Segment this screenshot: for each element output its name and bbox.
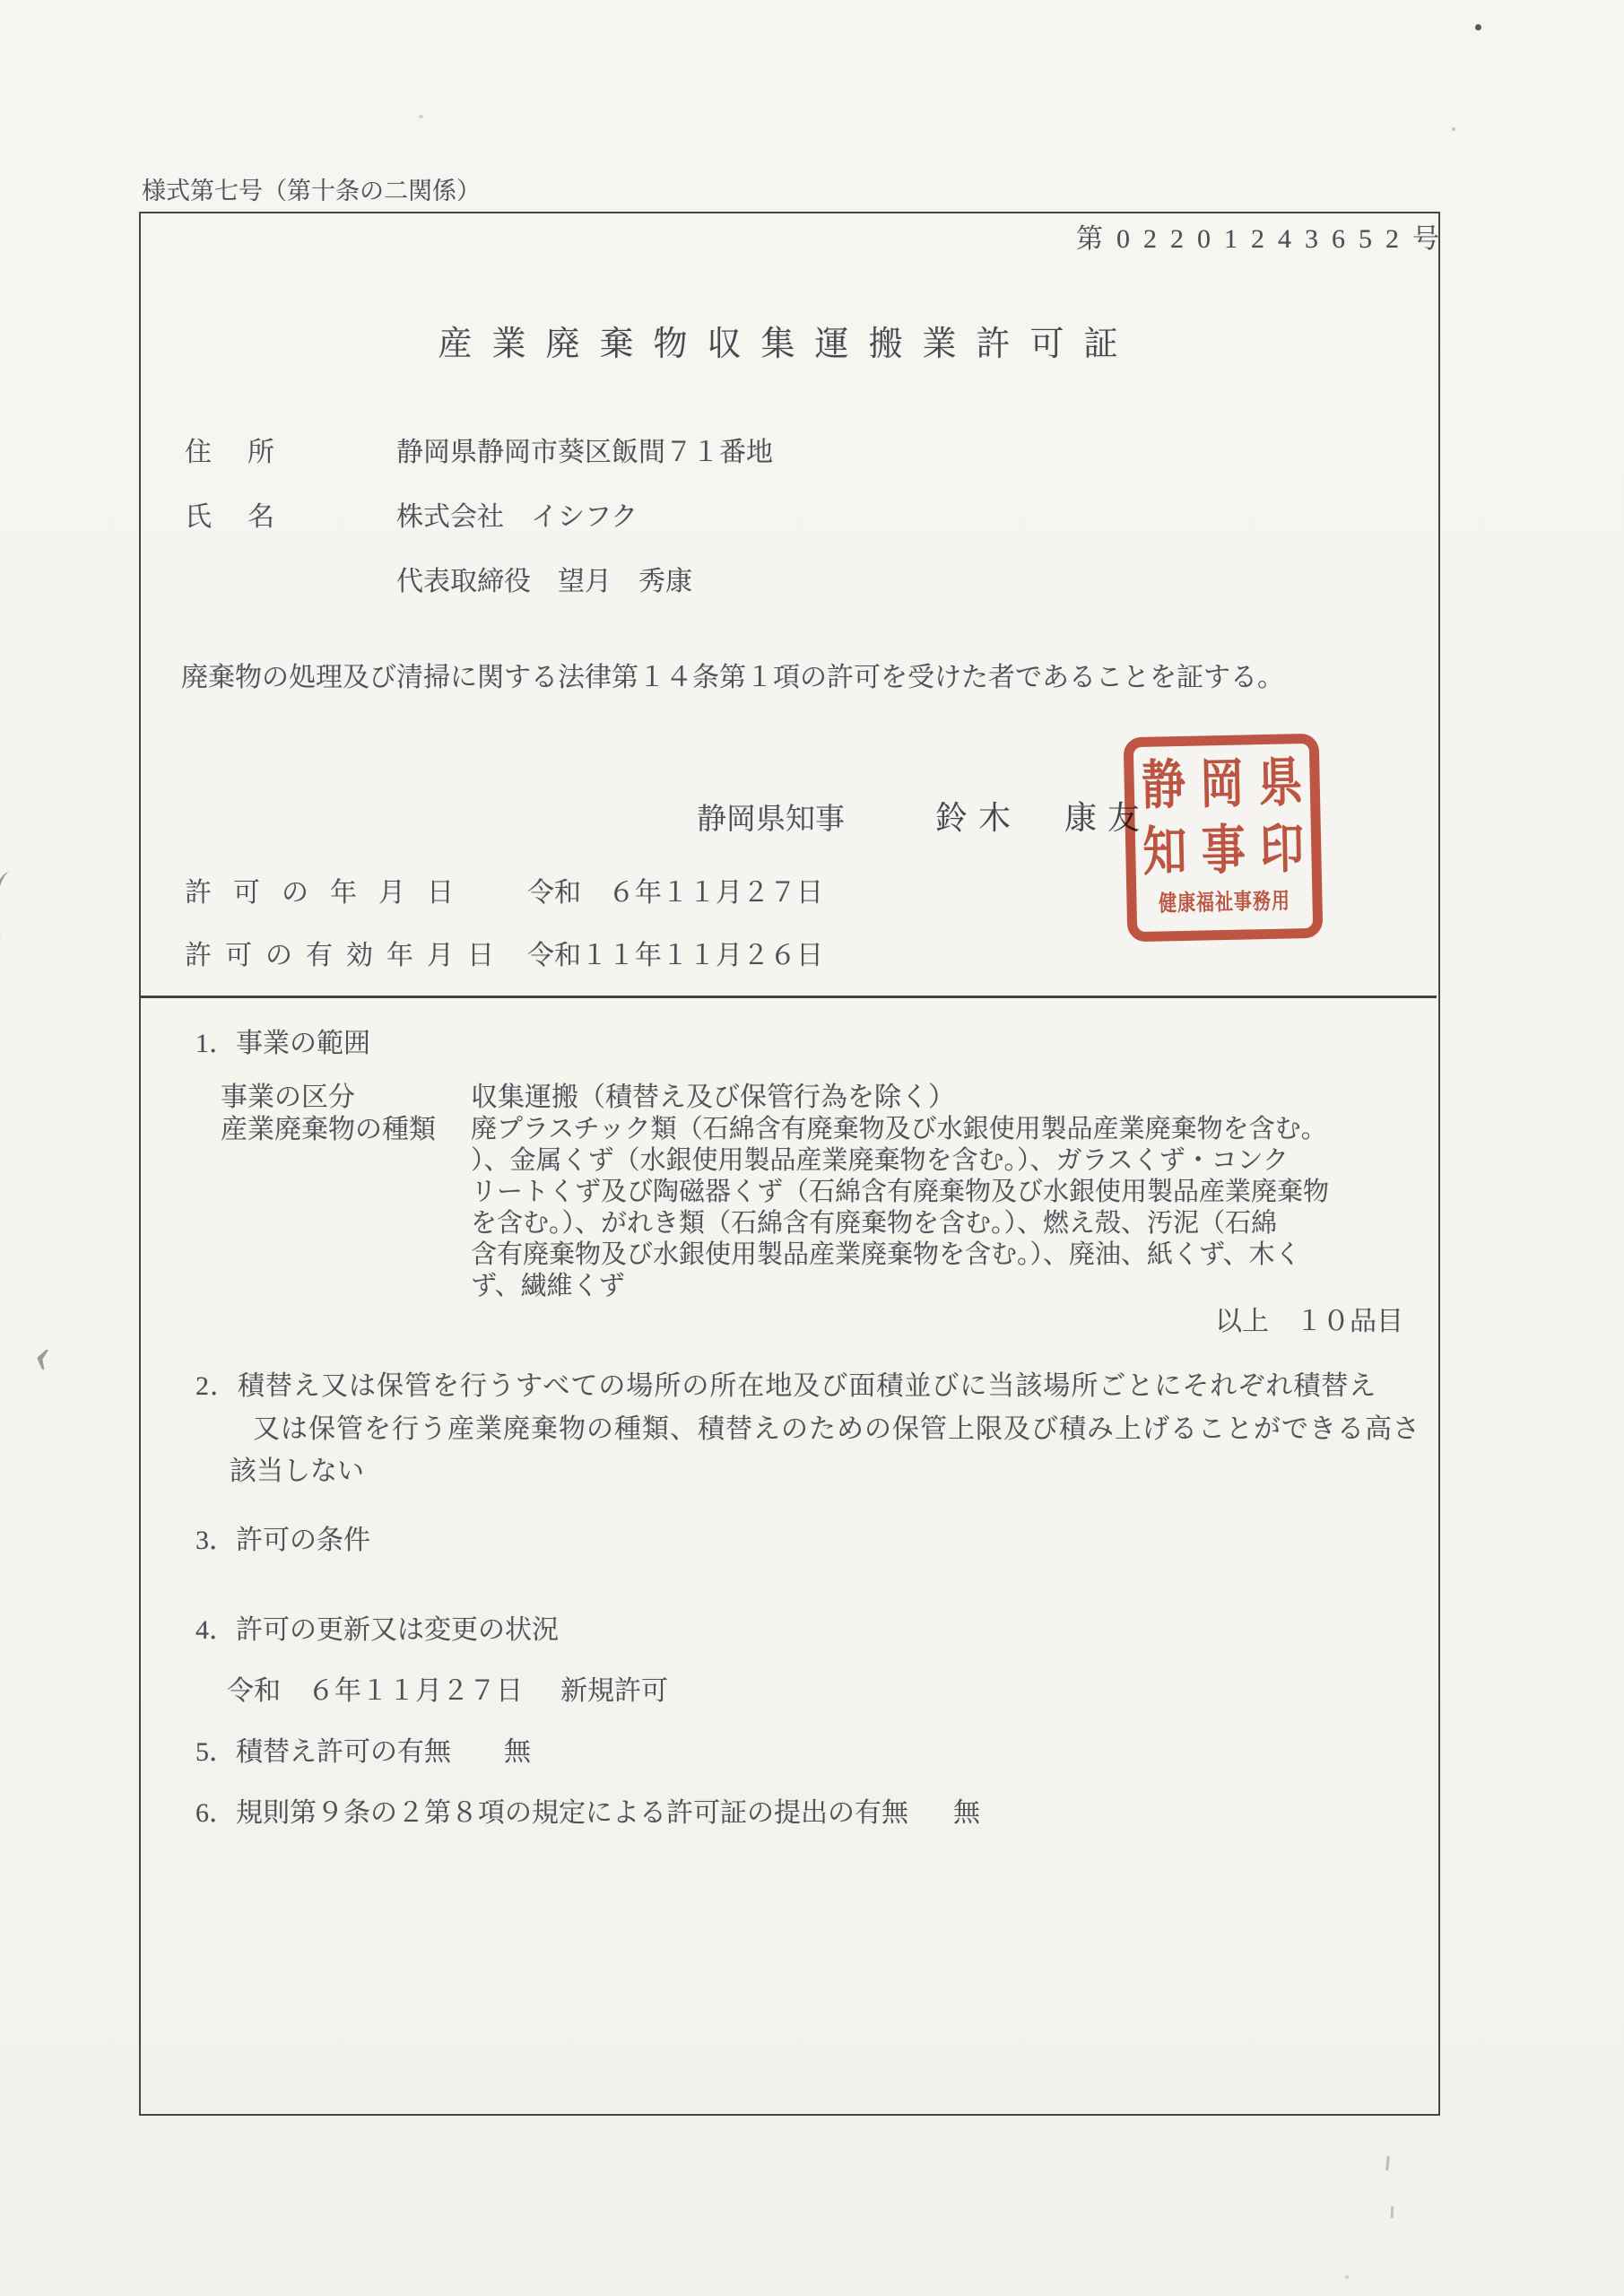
section1-heading: 1．事業の範囲 [195,1028,370,1059]
scan-tick [1385,2156,1390,2170]
governor-seal-stamp: 静 岡 県 知 事 印 健康福祉事務用 [1124,734,1324,943]
scanned-permit-document: 様式第七号（第十条の二関係） 第02201243652号 産業廃棄物収集運搬業許… [0,0,1624,2296]
scan-speck [1475,24,1481,30]
section2-line2: 又は保管を行う産業廃棄物の種類、積替えのための保管上限及び積み上げることができる… [253,1413,1420,1445]
section-divider-line [141,996,1437,998]
waste-types-line: リートくず及び陶磁器くず（石綿含有廃棄物及び水銀使用製品産業廃棄物 [471,1177,1329,1208]
waste-types-line: 廃プラスチック類（石綿含有廃棄物及び水銀使用製品産業廃棄物を含む。 [471,1114,1329,1145]
seal-char: 事 [1194,805,1254,888]
address-value: 静岡県静岡市葵区飯間７１番地 [396,437,773,468]
seal-char: 知 [1134,807,1194,890]
expiry-date-value: 令和１１年１１月２６日 [527,940,823,971]
waste-types-label: 産業廃棄物の種類 [221,1114,436,1145]
waste-types-paragraph: 廃プラスチック類（石綿含有廃棄物及び水銀使用製品産業廃棄物を含む。 ）、金属くず… [471,1114,1329,1302]
seal-char: 印 [1252,804,1312,887]
certificate-title: 産業廃棄物収集運搬業許可証 [139,316,1437,365]
scan-smudge-mark: ‹ [30,1322,56,1386]
company-name-value: 株式会社 イシフク [396,501,638,533]
section3-heading: 3．許可の条件 [195,1525,370,1556]
section2-answer: 該当しない [230,1456,364,1487]
business-category-label: 事業の区分 [221,1082,355,1113]
section2-line1: 2．積替え又は保管を行うすべての場所の所在地及び面積並びに当該場所ごとにそれぞれ… [195,1370,1376,1402]
scan-tick [1391,2206,1394,2218]
address-label: 住所 [185,437,310,468]
waste-types-line: を含む。）、がれき類（石綿含有廃棄物を含む。）、燃え殻、汚泥（石綿 [471,1208,1329,1239]
scan-speck [1452,127,1455,131]
section4-entry-type: 新規許可 [560,1675,668,1707]
seal-characters: 静 岡 県 知 事 印 [1133,745,1312,882]
governor-title: 静岡県知事 [697,803,845,838]
certification-statement: 廃棄物の処理及び清掃に関する法律第１４条第１項の許可を受けた者であることを証する… [181,662,1284,693]
waste-types-line: ）、金属くず（水銀使用製品産業廃棄物を含む。）、ガラスくず・コンク [471,1145,1329,1177]
representative-value: 代表取締役 望月 秀康 [396,566,692,597]
name-label: 氏名 [185,501,310,533]
governor-name: 鈴木 康友 [935,799,1151,837]
section4-entry-date: 令和 ６年１１月２７日 [227,1675,523,1707]
section5-value: 無 [504,1736,531,1768]
business-category-value: 収集運搬（積替え及び保管行為を除く） [471,1082,955,1113]
waste-types-line: 含有廃棄物及び水銀使用製品産業廃棄物を含む。）、廃油、紙くず、木く [471,1239,1329,1271]
seal-footer-text: 健康福祉事務用 [1136,882,1313,918]
form-number-label: 様式第七号（第十条の二関係） [142,178,481,206]
scan-speck [419,115,423,118]
section5-label: 5．積替え許可の有無 [195,1736,451,1768]
waste-types-total: 以上 １０品目 [1215,1306,1403,1337]
permit-date-value: 令和 ６年１１月２７日 [527,877,823,909]
scan-speck [1345,2275,1349,2279]
section4-heading: 4．許可の更新又は変更の状況 [195,1614,559,1646]
expiry-date-label: 許可の有効年月日 [185,940,508,971]
scan-smudge-arc [0,870,23,937]
section6-value: 無 [953,1797,980,1829]
document-number: 第02201243652号 [1076,223,1453,255]
waste-types-line: ず、繊維くず [471,1271,1329,1302]
section6-label: 6．規則第９条の２第８項の規定による許可証の提出の有無 [195,1797,908,1829]
permit-date-label: 許可の年月日 [185,877,475,909]
